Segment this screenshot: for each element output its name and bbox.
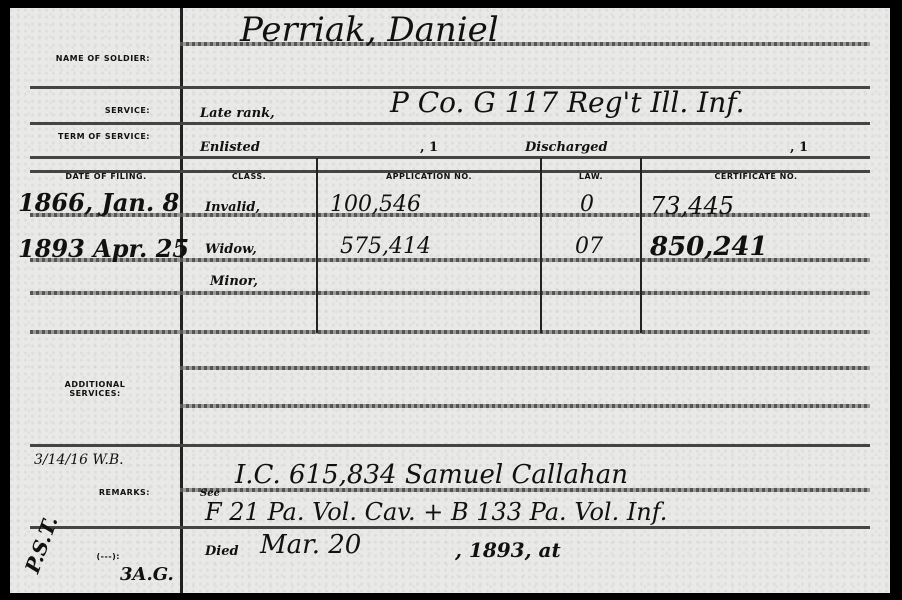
margin-vertical-note: P.S.T.: [20, 513, 63, 576]
died-label: Died: [205, 544, 239, 559]
label-service: SERVICE:: [50, 106, 150, 115]
row1-date: 1866, Jan. 8: [18, 188, 179, 217]
remarks-line1: I.C. 615,834 Samuel Callahan: [235, 460, 628, 490]
row2-application: 575,414: [340, 234, 431, 259]
rule: [30, 330, 870, 334]
header-certificate-no: CERTIFICATE NO.: [642, 172, 870, 181]
label-small: (---):: [50, 552, 120, 561]
row2-date: 1893 Apr. 25: [18, 234, 189, 263]
remarks-line2: F 21 Pa. Vol. Cav. + B 133 Pa. Vol. Inf.: [205, 498, 667, 526]
soldier-name: Perriak, Daniel: [240, 10, 499, 50]
rule: [30, 526, 870, 529]
rule: [180, 404, 870, 408]
margin-bottom-note: 3A.G.: [120, 564, 174, 585]
left-column-divider: [180, 8, 183, 593]
service-value: P Co. G 117 Reg't Ill. Inf.: [390, 86, 745, 119]
header-date-of-filing: DATE OF FILING.: [32, 172, 180, 181]
enlisted-value: , 1: [420, 140, 438, 155]
row2-law: 07: [575, 234, 603, 259]
table-column-divider: [540, 158, 542, 333]
label-remarks: REMARKS:: [50, 488, 150, 497]
row1-certificate: 73,445: [650, 192, 734, 220]
died-year: , 1893, at: [455, 538, 561, 562]
discharged-label: Discharged: [525, 140, 608, 155]
table-column-divider: [640, 158, 642, 333]
rule: [180, 366, 870, 370]
row1-application: 100,546: [330, 192, 421, 217]
header-law: LAW.: [542, 172, 640, 181]
row1-class: Invalid,: [205, 200, 260, 215]
label-additional-services: ADDITIONAL SERVICES:: [40, 380, 150, 398]
row2-class: Widow,: [205, 242, 257, 257]
margin-date-note: 3/14/16 W.B.: [34, 452, 124, 468]
pension-index-card: NAME OF SOLDIER: SERVICE: TERM OF SERVIC…: [10, 8, 890, 593]
died-date: Mar. 20: [260, 530, 361, 560]
row2-certificate: 850,241: [650, 232, 768, 262]
label-name-of-soldier: NAME OF SOLDIER:: [50, 54, 150, 63]
label-term-of-service: TERM OF SERVICE:: [50, 132, 150, 141]
header-class: CLASS.: [182, 172, 316, 181]
late-rank-label: Late rank,: [200, 106, 275, 121]
enlisted-label: Enlisted: [200, 140, 260, 155]
row3-class: Minor,: [210, 274, 258, 289]
header-application-no: APPLICATION NO.: [318, 172, 540, 181]
rule: [30, 444, 870, 447]
rule: [30, 291, 870, 295]
rule: [30, 122, 870, 125]
table-column-divider: [316, 158, 318, 333]
discharged-value: , 1: [790, 140, 808, 155]
rule: [30, 156, 870, 159]
row1-law: 0: [580, 192, 594, 217]
